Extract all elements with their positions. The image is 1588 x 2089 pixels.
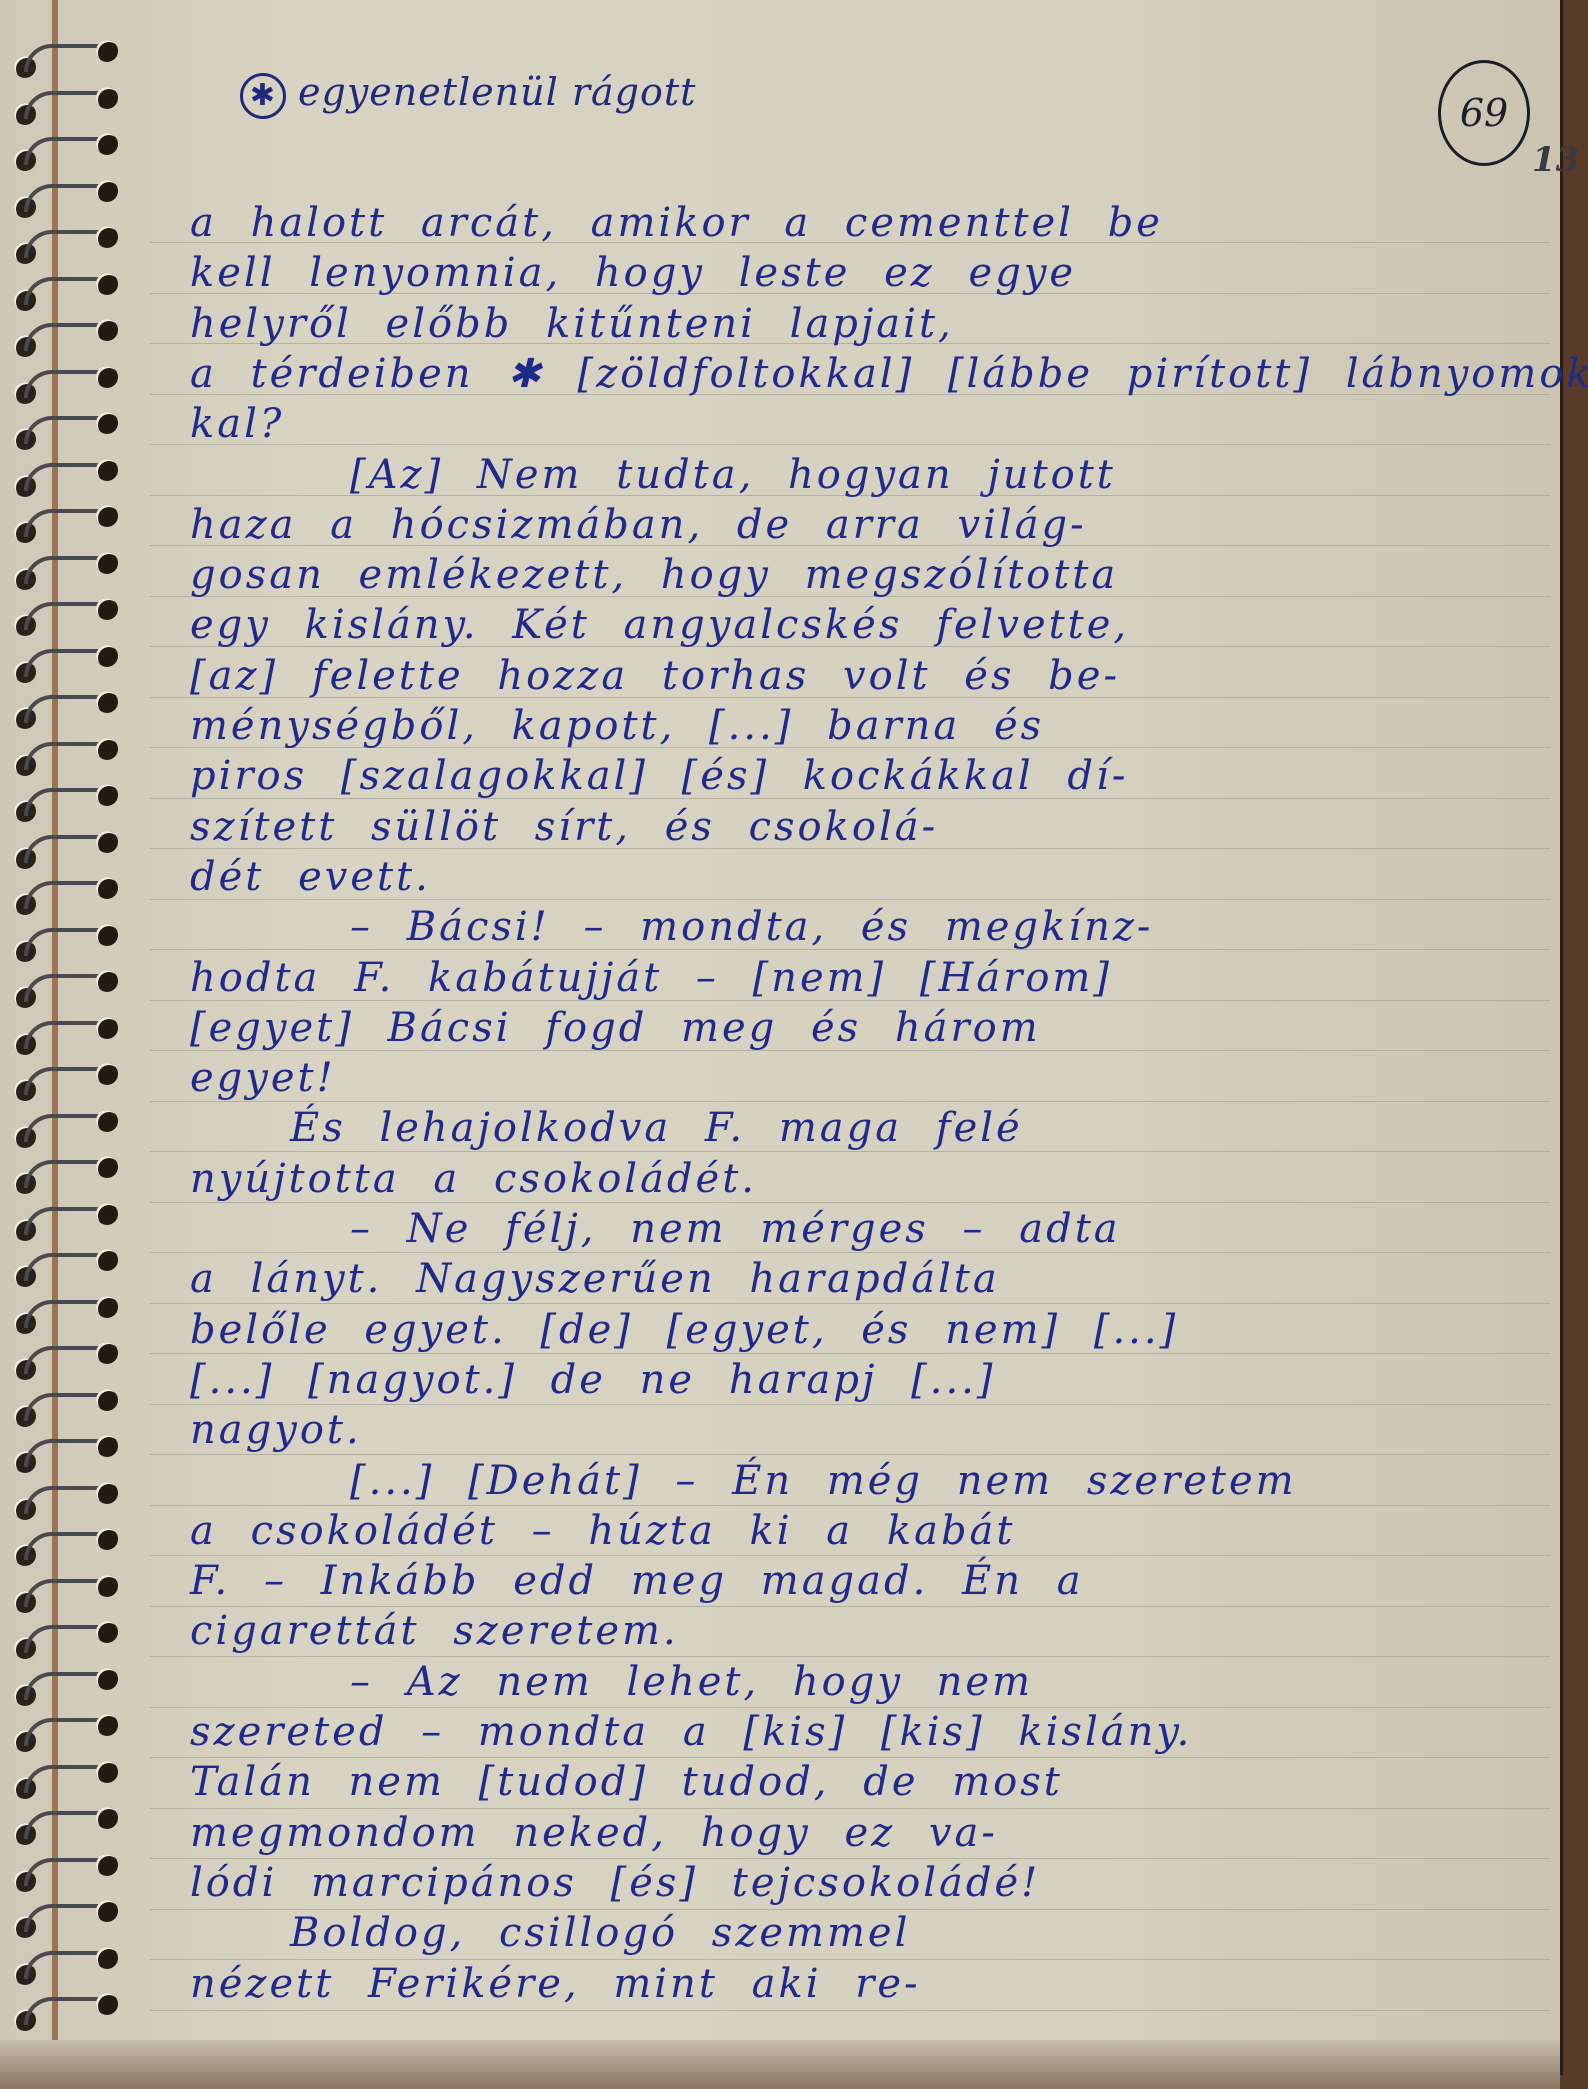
spiral-ring [14, 1435, 122, 1469]
text-line: dét evett. [190, 854, 1510, 900]
text-line: szereted – mondta a [kis] [kis] kislány. [190, 1709, 1510, 1755]
spiral-ring [14, 1342, 122, 1376]
spiral-binding [0, 0, 140, 2089]
text-line: kell lenyomnia, hogy leste ez egye [190, 250, 1510, 296]
text-line: [egyet] Bácsi fogd meg és három [190, 1005, 1510, 1051]
spiral-ring [14, 1249, 122, 1283]
ruled-line [150, 1505, 1550, 1506]
text-line: a halott arcát, amikor a cementtel be [190, 200, 1510, 246]
secondary-page-number: 13 [1532, 140, 1579, 180]
spiral-ring [14, 1761, 122, 1795]
spiral-ring [14, 1668, 122, 1702]
spiral-ring [14, 691, 122, 725]
spiral-ring [14, 1110, 122, 1144]
text-line: És lehajolkodva F. maga felé [190, 1105, 1588, 1151]
spiral-ring [14, 1203, 122, 1237]
spiral-ring [14, 366, 122, 400]
spiral-ring [14, 319, 122, 353]
text-line: ménységből, kapott, [...] barna és [190, 703, 1510, 749]
spiral-ring [14, 1482, 122, 1516]
text-line: gosan emlékezett, hogy megszólította [190, 552, 1510, 598]
spiral-ring [14, 412, 122, 446]
ruled-line [150, 1252, 1550, 1253]
page-header-note: ✱egyenetlenül rágott [240, 70, 696, 119]
spiral-ring [14, 877, 122, 911]
spiral-ring [14, 1389, 122, 1423]
text-line: piros [szalagokkal] [és] kockákkal dí- [190, 753, 1510, 799]
spiral-ring [14, 1714, 122, 1748]
text-line: lódi marcipános [és] tejcsokoládé! [190, 1860, 1510, 1906]
text-line: a lányt. Nagyszerűen harapdálta [190, 1256, 1510, 1302]
asterisk-marker-icon: ✱ [240, 73, 286, 119]
text-line: nyújtotta a csokoládét. [190, 1156, 1510, 1202]
ruled-line [150, 1353, 1550, 1354]
spiral-ring [14, 552, 122, 586]
spiral-ring [14, 1993, 122, 2027]
ruled-line [150, 2010, 1550, 2011]
spiral-ring [14, 598, 122, 632]
text-line: nagyot. [190, 1407, 1510, 1453]
spiral-ring [14, 273, 122, 307]
text-line: megmondom neked, hogy ez va- [190, 1810, 1510, 1856]
spiral-ring [14, 1807, 122, 1841]
spiral-ring [14, 459, 122, 493]
text-line: F. – Inkább edd meg magad. Én a [190, 1558, 1510, 1604]
ruled-line [150, 1555, 1550, 1556]
text-line: Boldog, csillogó szemmel [190, 1910, 1588, 1956]
spiral-ring [14, 1947, 122, 1981]
text-line: szített süllöt sírt, és csokolá- [190, 804, 1510, 850]
text-line: nézett Ferikére, mint aki re- [190, 1961, 1510, 2007]
spiral-ring [14, 1854, 122, 1888]
spiral-ring [14, 87, 122, 121]
text-line: a térdeiben ✱ [zöldfoltokkal] [lábbe pir… [190, 351, 1510, 397]
text-line: a csokoládét – húzta ki a kabát [190, 1508, 1510, 1554]
text-line: egy kislány. Két angyalcskés felvette, [190, 602, 1510, 648]
header-text: egyenetlenül rágott [298, 70, 696, 114]
spiral-ring [14, 1900, 122, 1934]
text-line: [Az] Nem tudta, hogyan jutott [190, 452, 1588, 498]
text-line: haza a hócsizmában, de arra világ- [190, 502, 1510, 548]
spiral-ring [14, 645, 122, 679]
page-number-circled: 69 [1438, 60, 1530, 166]
text-line: – Ne félj, nem mérges – adta [190, 1206, 1588, 1252]
spiral-ring [14, 226, 122, 260]
text-line: – Az nem lehet, hogy nem [190, 1659, 1588, 1705]
spiral-ring [14, 180, 122, 214]
spiral-ring [14, 1528, 122, 1562]
text-line: kal? [190, 401, 1510, 447]
spiral-ring [14, 133, 122, 167]
text-line: [...] [Dehát] – Én még nem szeretem [190, 1458, 1588, 1504]
spiral-ring [14, 784, 122, 818]
ruled-line [150, 1757, 1550, 1758]
ruled-line [150, 1606, 1550, 1607]
spiral-ring [14, 1017, 122, 1051]
ruled-line [150, 1707, 1550, 1708]
text-line: [az] felette hozza torhas volt és be- [190, 653, 1510, 699]
text-line: helyről előbb kitűnteni lapjait, [190, 301, 1510, 347]
spiral-ring [14, 1296, 122, 1330]
ruled-line [150, 1858, 1550, 1859]
ruled-line [150, 1303, 1550, 1304]
text-line: [...] [nagyot.] de ne harapj [...] [190, 1357, 1510, 1403]
ruled-line [150, 1808, 1550, 1809]
spiral-ring [14, 924, 122, 958]
spiral-ring [14, 970, 122, 1004]
spiral-ring [14, 505, 122, 539]
spiral-ring [14, 1621, 122, 1655]
page-bottom-edge [0, 2040, 1560, 2089]
text-line: cigarettát szeretem. [190, 1608, 1510, 1654]
notebook-page: ✱egyenetlenül rágott 69 13 a halott arcá… [0, 0, 1563, 2075]
spiral-ring [14, 1575, 122, 1609]
text-line: hodta F. kabátujját – [nem] [Három] [190, 955, 1510, 1001]
spiral-ring [14, 40, 122, 74]
text-line: Talán nem [tudod] tudod, de most [190, 1759, 1510, 1805]
ruled-line [150, 1656, 1550, 1657]
ruled-line [150, 1454, 1550, 1455]
ruled-line [150, 1404, 1550, 1405]
spiral-ring [14, 831, 122, 865]
text-line: – Bácsi! – mondta, és megkínz- [190, 904, 1588, 950]
spiral-ring [14, 1156, 122, 1190]
text-line: belőle egyet. [de] [egyet, és nem] [...] [190, 1307, 1510, 1353]
spiral-ring [14, 738, 122, 772]
spiral-ring [14, 1063, 122, 1097]
text-line: egyet! [190, 1055, 1510, 1101]
